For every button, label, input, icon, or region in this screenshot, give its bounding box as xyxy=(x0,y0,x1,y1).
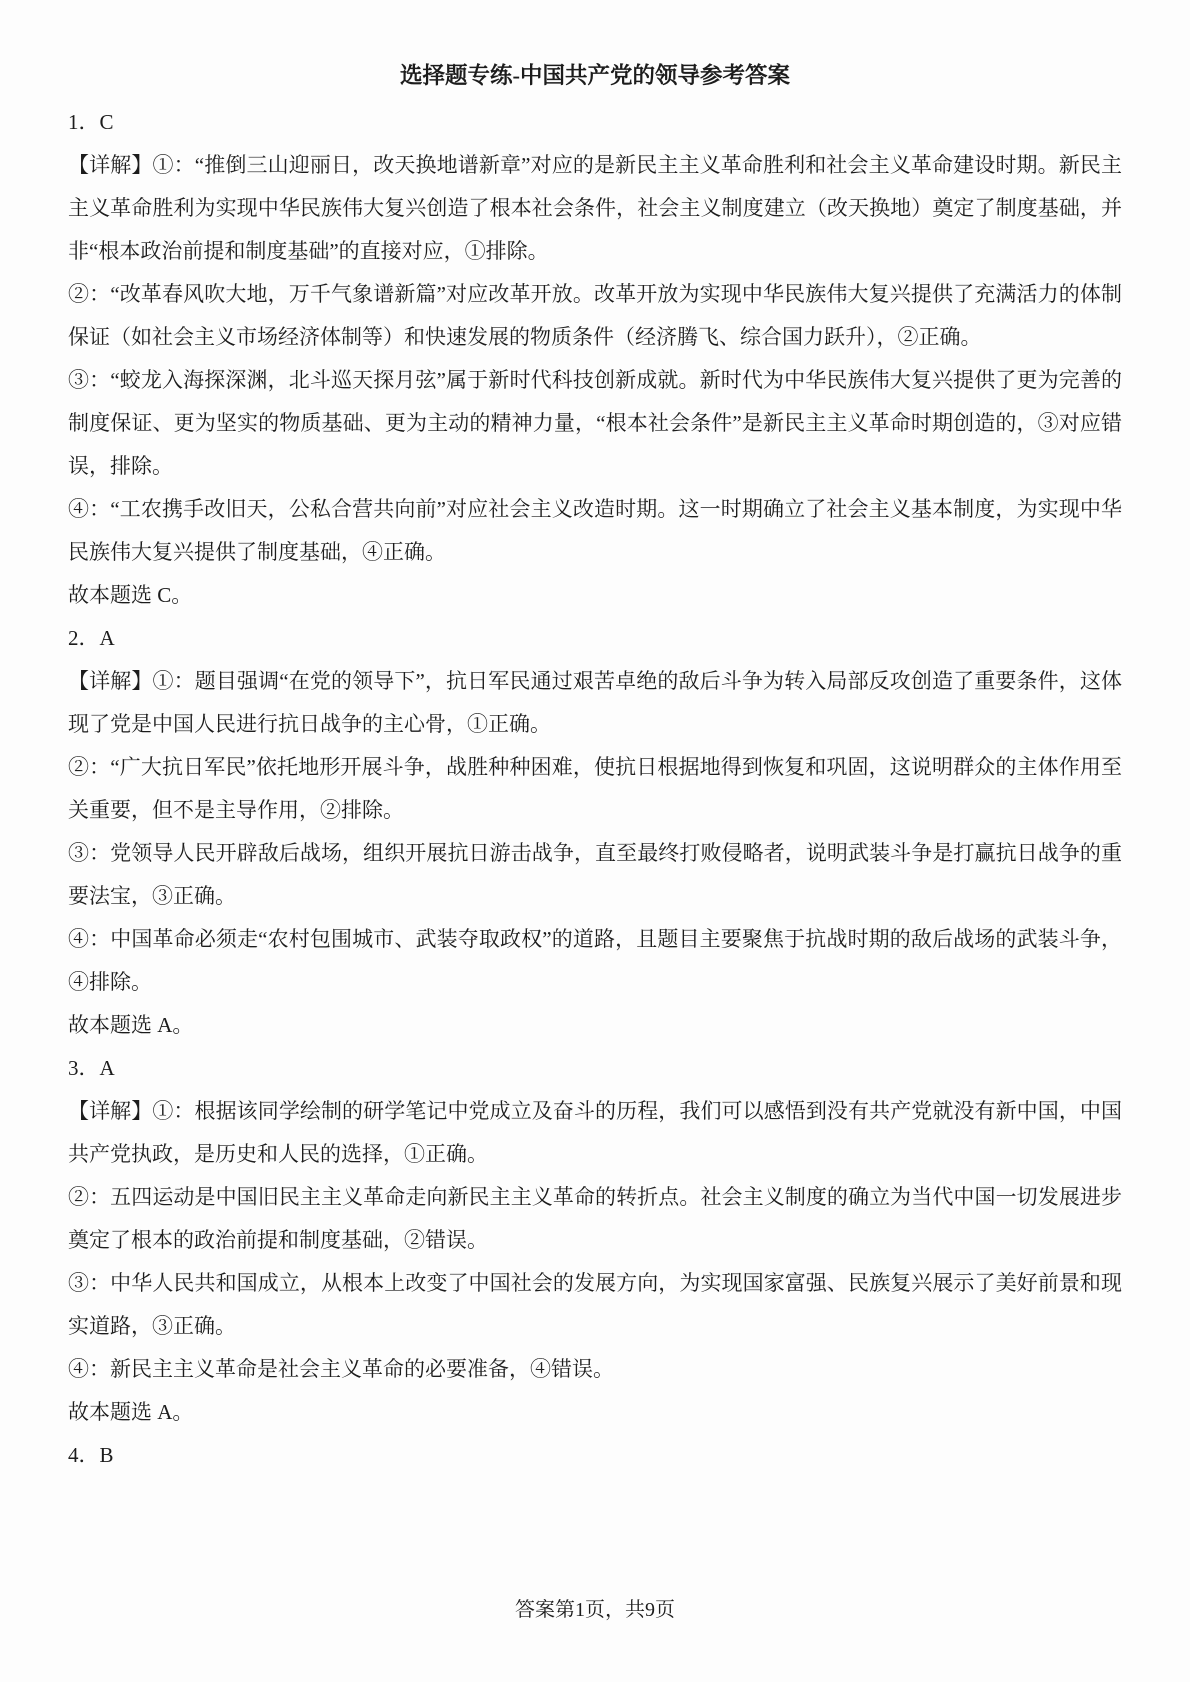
answer-paragraph: 【详解】①：“推倒三山迎丽日，改天换地谱新章”对应的是新民主主义革命胜利和社会主… xyxy=(68,144,1122,273)
answer-number: 3．A xyxy=(68,1047,1122,1090)
page-title: 选择题专练-中国共产党的领导参考答案 xyxy=(68,54,1122,97)
answer-number: 2．A xyxy=(68,617,1122,660)
answer-paragraph: ④：中国革命必须走“农村包围城市、武装夺取政权”的道路，且题目主要聚焦于抗战时期… xyxy=(68,918,1122,1004)
answer-paragraph: ④：新民主主义革命是社会主义革命的必要准备，④错误。 xyxy=(68,1348,1122,1391)
answer-conclusion: 故本题选 A。 xyxy=(68,1391,1122,1434)
answer-item-2: 2．A 【详解】①：题目强调“在党的领导下”，抗日军民通过艰苦卓绝的敌后斗争为转… xyxy=(68,617,1122,1047)
answer-paragraph: ③：党领导人民开辟敌后战场，组织开展抗日游击战争，直至最终打败侵略者，说明武装斗… xyxy=(68,832,1122,918)
answer-conclusion: 故本题选 A。 xyxy=(68,1004,1122,1047)
answer-number: 4．B xyxy=(68,1434,1122,1477)
answer-paragraph: ③：“蛟龙入海探深渊，北斗巡天探月弦”属于新时代科技创新成就。新时代为中华民族伟… xyxy=(68,359,1122,488)
document-page: 选择题专练-中国共产党的领导参考答案 1．C 【详解】①：“推倒三山迎丽日，改天… xyxy=(0,0,1190,1682)
footer-page-number: 答案第1页，共9页 xyxy=(0,1589,1190,1632)
answer-number: 1．C xyxy=(68,101,1122,144)
answer-paragraph: 【详解】①：根据该同学绘制的研学笔记中党成立及奋斗的历程，我们可以感悟到没有共产… xyxy=(68,1090,1122,1176)
answer-paragraph: ②：“广大抗日军民”依托地形开展斗争，战胜种种困难，使抗日根据地得到恢复和巩固，… xyxy=(68,746,1122,832)
answer-conclusion: 故本题选 C。 xyxy=(68,574,1122,617)
answer-paragraph: ②：五四运动是中国旧民主主义革命走向新民主主义革命的转折点。社会主义制度的确立为… xyxy=(68,1176,1122,1262)
answer-item-4: 4．B xyxy=(68,1434,1122,1477)
answer-paragraph: 【详解】①：题目强调“在党的领导下”，抗日军民通过艰苦卓绝的敌后斗争为转入局部反… xyxy=(68,660,1122,746)
answer-paragraph: ④：“工农携手改旧天，公私合营共向前”对应社会主义改造时期。这一时期确立了社会主… xyxy=(68,488,1122,574)
answer-item-1: 1．C 【详解】①：“推倒三山迎丽日，改天换地谱新章”对应的是新民主主义革命胜利… xyxy=(68,101,1122,617)
answer-item-3: 3．A 【详解】①：根据该同学绘制的研学笔记中党成立及奋斗的历程，我们可以感悟到… xyxy=(68,1047,1122,1434)
answer-paragraph: ②：“改革春风吹大地，万千气象谱新篇”对应改革开放。改革开放为实现中华民族伟大复… xyxy=(68,273,1122,359)
answer-paragraph: ③：中华人民共和国成立，从根本上改变了中国社会的发展方向，为实现国家富强、民族复… xyxy=(68,1262,1122,1348)
